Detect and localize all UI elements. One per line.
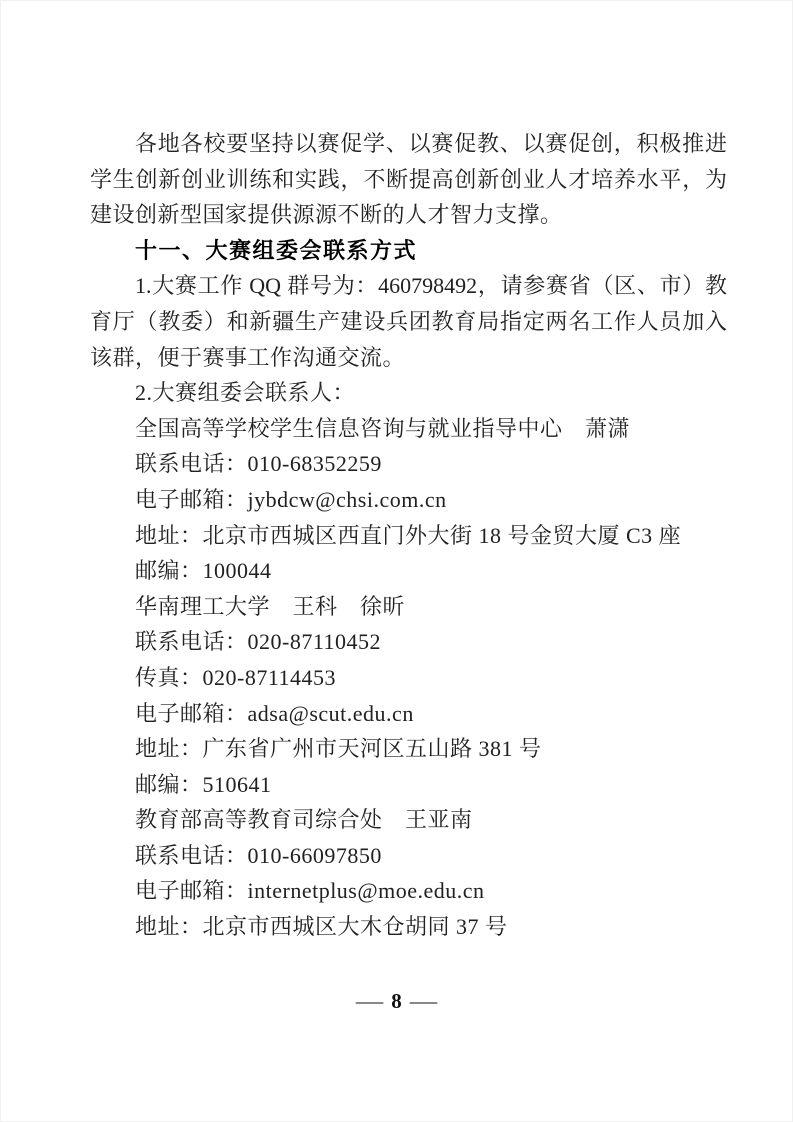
text-line: 1.大赛工作 QQ 群号为：460798492，请参赛省（区、市）教	[90, 268, 727, 304]
text-line: 教育部高等教育司综合处 王亚南	[90, 802, 727, 838]
text-line: 各地各校要坚持以赛促学、以赛促教、以赛促创，积极推进	[90, 126, 727, 162]
text-line: 联系电话：020-87110452	[90, 624, 727, 660]
text-line: 邮编：100044	[90, 553, 727, 589]
text-line: 电子邮箱：internetplus@moe.edu.cn	[90, 873, 727, 909]
text-line: 2.大赛组委会联系人：	[90, 375, 727, 411]
text-line: 电子邮箱：adsa@scut.edu.cn	[90, 696, 727, 732]
text-line: 联系电话：010-68352259	[90, 446, 727, 482]
document-body: 各地各校要坚持以赛促学、以赛促教、以赛促创，积极推进学生创新创业训练和实践，不断…	[90, 126, 727, 945]
text-line: 该群，便于赛事工作沟通交流。	[90, 340, 727, 376]
text-line: 建设创新型国家提供源源不断的人才智力支撑。	[90, 197, 727, 233]
text-line: 联系电话：010-66097850	[90, 838, 727, 874]
text-line: 传真：020-87114453	[90, 660, 727, 696]
footer-right-dash: —	[401, 988, 447, 1014]
text-line: 育厅（教委）和新疆生产建设兵团教育局指定两名工作人员加入	[90, 304, 727, 340]
text-line: 地址：北京市西城区西直门外大街 18 号金贸大厦 C3 座	[90, 518, 727, 554]
footer-left-dash: —	[347, 988, 393, 1014]
text-line: 电子邮箱：jybdcw@chsi.com.cn	[90, 482, 727, 518]
section-heading: 十一、大赛组委会联系方式	[90, 233, 727, 269]
document-page: 各地各校要坚持以赛促学、以赛促教、以赛促创，积极推进学生创新创业训练和实践，不断…	[0, 0, 793, 1122]
page-footer: —8—	[0, 988, 793, 1014]
text-line: 学生创新创业训练和实践，不断提高创新创业人才培养水平，为	[90, 162, 727, 198]
text-line: 全国高等学校学生信息咨询与就业指导中心 萧潇	[90, 411, 727, 447]
text-line: 地址：广东省广州市天河区五山路 381 号	[90, 731, 727, 767]
text-line: 地址：北京市西城区大木仓胡同 37 号	[90, 909, 727, 945]
text-line: 邮编：510641	[90, 767, 727, 803]
text-line: 华南理工大学 王科 徐昕	[90, 589, 727, 625]
